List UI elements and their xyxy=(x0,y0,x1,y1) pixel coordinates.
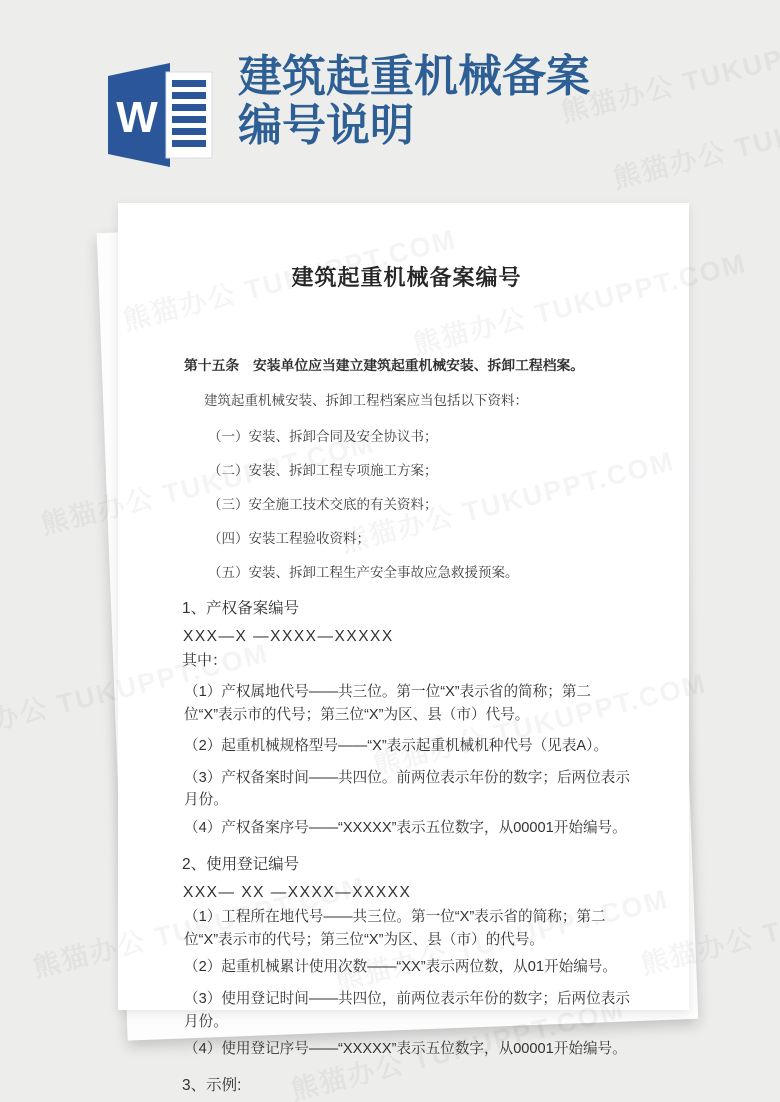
doc-paragraph: 3、示例: xyxy=(182,1075,631,1097)
watermark: 熊猫办公 TUKUPPT.COM xyxy=(608,75,780,196)
doc-paragraph: 其中： xyxy=(182,650,631,671)
doc-paragraph: XXX— XX —XXXX—XXXXX xyxy=(183,882,631,904)
doc-paragraph: XXX—X —XXXX—XXXXX xyxy=(183,626,631,648)
doc-paragraph: （1）产权属地代号——共三位。第一位“X”表示省的简称；第二位“X”表示市的代号… xyxy=(184,681,631,726)
doc-paragraph: （一）安装、拆卸合同及安全协议书； xyxy=(208,428,631,447)
doc-paragraph: 2、使用登记编号 xyxy=(182,854,631,876)
doc-paragraph: （五）安装、拆卸工程生产安全事故应急救援预案。 xyxy=(208,564,631,583)
word-file-icon: W xyxy=(104,60,216,170)
doc-paragraph: 1、产权备案编号 xyxy=(182,598,631,620)
doc-paragraph: （1）工程所在地代号——共三位。第一位“X”表示省的简称；第二位“X”表示市的代… xyxy=(184,906,631,951)
document-title: 建筑起重机械备案编号 xyxy=(182,261,631,292)
header: W 建筑起重机械备案编号说明 xyxy=(104,52,608,170)
doc-paragraph: （4）产权备案序号——“XXXXX”表示五位数字，从00001开始编号。 xyxy=(184,817,631,840)
doc-paragraph: （4）使用登记序号——“XXXXX”表示五位数字，从00001开始编号。 xyxy=(184,1038,631,1061)
doc-paragraph: 建筑起重机械安装、拆卸工程档案应当包括以下资料： xyxy=(204,392,631,411)
doc-paragraph: （3）产权备案时间——共四位。前两位表示年份的数字；后两位表示月份。 xyxy=(184,767,631,812)
document-body: 第十五条 安装单位应当建立建筑起重机械安装、拆卸工程档案。建筑起重机械安装、拆卸… xyxy=(182,356,631,1096)
doc-paragraph: （2）起重机械规格型号——“X”表示起重机械机种代号（见表A）。 xyxy=(184,735,631,758)
doc-paragraph: （3）使用登记时间——共四位，前两位表示年份的数字；后两位表示月份。 xyxy=(184,988,631,1033)
doc-paragraph: 第十五条 安装单位应当建立建筑起重机械安装、拆卸工程档案。 xyxy=(184,356,631,375)
page-title: 建筑起重机械备案编号说明 xyxy=(238,52,608,151)
document-page: 建筑起重机械备案编号 第十五条 安装单位应当建立建筑起重机械安装、拆卸工程档案。… xyxy=(118,203,689,1010)
doc-paragraph: （二）安装、拆卸工程专项施工方案； xyxy=(208,462,631,481)
doc-paragraph: （三）安全施工技术交底的有关资料； xyxy=(208,496,631,515)
doc-paragraph: （四）安装工程验收资料； xyxy=(208,530,631,549)
word-w-letter: W xyxy=(116,93,158,142)
doc-paragraph: （2）起重机械累计使用次数——“XX”表示两位数，从01开始编号。 xyxy=(184,956,631,979)
